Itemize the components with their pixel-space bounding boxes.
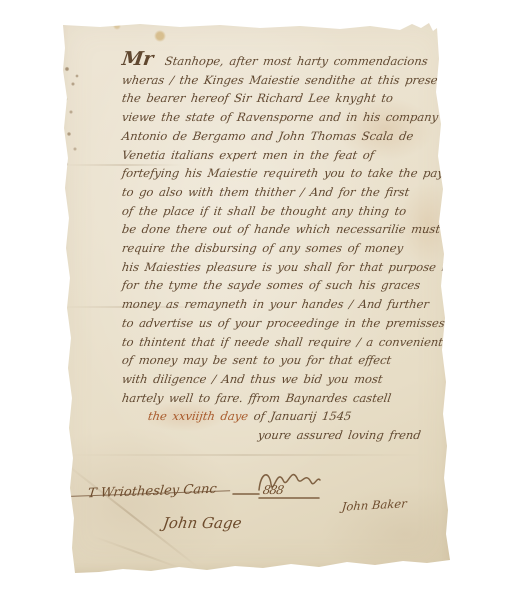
manuscript-line: for the tyme the sayde somes of such his… bbox=[121, 276, 454, 295]
manuscript-line: money as remayneth in your handes / And … bbox=[121, 295, 454, 314]
manuscript-line: to thintent that if neede shall require … bbox=[121, 333, 454, 352]
manuscript-line: MrStanhope, after most harty commendacio… bbox=[121, 50, 454, 71]
dateline-text: of Januarij 1545 bbox=[253, 409, 353, 423]
manuscript-line: to advertise us of your proceedinge in t… bbox=[121, 314, 454, 333]
valediction: youre assured loving frend bbox=[121, 426, 454, 445]
fold-crease bbox=[94, 536, 184, 570]
manuscript-line: wheras / the Kinges Maiestie sendithe at… bbox=[121, 71, 454, 90]
manuscript-line: with diligence / And thus we bid you mos… bbox=[121, 370, 454, 389]
dateline-red-ink: the xxviijth daye bbox=[147, 409, 249, 423]
signature-chancellor: T Wriothesley Canc bbox=[87, 482, 218, 501]
manuscript-line: of money may be sent to you for that eff… bbox=[121, 351, 454, 370]
signature-gage: John Gage bbox=[162, 514, 243, 532]
signature-paraph: 888 bbox=[231, 462, 323, 510]
photo-canvas: MrStanhope, after most harty commendacio… bbox=[0, 0, 512, 591]
manuscript-line: fortefying his Maiestie requireth you to… bbox=[121, 164, 454, 183]
letter-body: MrStanhope, after most harty commendacio… bbox=[122, 50, 452, 445]
manuscript-line: the bearer hereof Sir Richard Lee knyght… bbox=[121, 89, 454, 108]
manuscript-text: Stanhope, after most harty commendacions bbox=[164, 54, 429, 68]
salutation-monogram: Mr bbox=[121, 48, 155, 70]
manuscript-line: hartely well to fare. ffrom Baynardes ca… bbox=[121, 389, 454, 408]
dateline: the xxviijth daye of Januarij 1545 bbox=[121, 407, 454, 426]
manuscript-line: Antonio de Bergamo and John Thomas Scala… bbox=[121, 127, 454, 146]
manuscript-line: require the disbursing of any somes of m… bbox=[121, 239, 454, 258]
manuscript-paper: MrStanhope, after most harty commendacio… bbox=[55, 14, 455, 576]
paraph-loops: 888 bbox=[262, 483, 284, 497]
manuscript-line: his Maiesties pleasure is you shall for … bbox=[121, 258, 454, 277]
signature-baker: John Baker bbox=[341, 496, 407, 513]
fold-crease bbox=[67, 454, 422, 456]
manuscript-line: Venetia italians expert men in the feat … bbox=[121, 146, 454, 165]
manuscript-line: viewe the state of Ravensporne and in hi… bbox=[121, 108, 454, 127]
manuscript-line: to go also with them thither / And for t… bbox=[121, 183, 454, 202]
manuscript-line: be done there out of hande which necessa… bbox=[121, 220, 454, 239]
manuscript-line: of the place if it shall be thought any … bbox=[121, 202, 454, 221]
